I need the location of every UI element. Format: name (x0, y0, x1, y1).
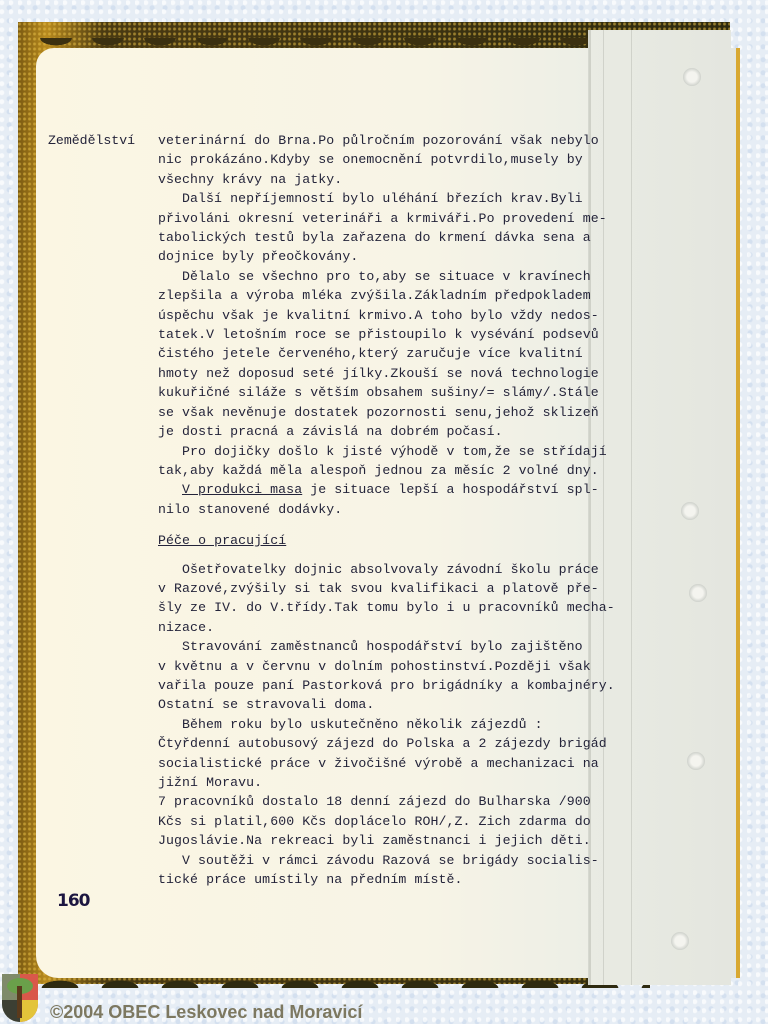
paragraph-9: V soutěži v rámci závodu Razová se brigá… (158, 851, 618, 890)
text-line: Dělalo se všechno pro to,aby se situace … (158, 267, 618, 286)
punch-hole-icon (687, 752, 705, 770)
text-line: šly ze IV. do V.třídy.Tak tomu bylo i u … (158, 598, 618, 617)
text-line: nizace. (158, 618, 618, 637)
paragraph-2: Další nepříjemností bylo uléhání březích… (158, 189, 618, 267)
text-line: nilo stanovené dodávky. (158, 500, 618, 519)
paragraph-5: V produkci masa je situace lepší a hospo… (158, 480, 618, 519)
text-line: 7 pracovníků dostalo 18 denní zájezd do … (158, 792, 618, 811)
text-line: Stravování zaměstnanců hospodářství bylo… (158, 637, 618, 656)
text-line: Jugoslávie.Na rekreaci byli zaměstnanci … (158, 831, 618, 850)
text-line: úspěchu však je kvalitní krmivo.A toho b… (158, 306, 618, 325)
fold-crease (631, 30, 632, 985)
text-line: čistého jetele červeného,který zaručuje … (158, 344, 618, 363)
text-line: veterinární do Brna.Po půlročním pozorov… (158, 131, 618, 150)
text-line: Ošetřovatelky dojnic absolvovaly závodní… (158, 560, 618, 579)
section-label: Zemědělství (48, 131, 135, 150)
text-line: zlepšila a výroba mléka zvýšila.Základní… (158, 286, 618, 305)
paragraph-7: Stravování zaměstnanců hospodářství bylo… (158, 637, 618, 715)
coat-of-arms-icon (2, 974, 38, 1022)
punch-hole-icon (671, 932, 689, 950)
text-line: všechny krávy na jatky. (158, 170, 618, 189)
watermark-footer: ©2004 OBEC Leskovec nad Moravicí (0, 972, 768, 1024)
underlined-phrase: V produkci masa (182, 482, 302, 497)
crest-tree-trunk (17, 986, 22, 1018)
paragraph-1: veterinární do Brna.Po půlročním pozorov… (158, 131, 618, 189)
text-line: se však nevěnuje dostatek pozornosti sen… (158, 403, 618, 422)
text-line: vařila pouze paní Pastorková pro brigádn… (158, 676, 618, 695)
punch-hole-icon (681, 502, 699, 520)
page-number: 160 (57, 891, 90, 911)
copyright-text: ©2004 OBEC Leskovec nad Moravicí (50, 1002, 362, 1023)
text-line: Během roku bylo uskutečněno několik záje… (158, 715, 618, 734)
section-heading: Péče o pracující (158, 531, 618, 550)
text-line: Pro dojičky došlo k jisté výhodě v tom,ž… (158, 442, 618, 461)
text-line: Další nepříjemností bylo uléhání březích… (158, 189, 618, 208)
text-line: v Razové,zvýšily si tak svou kvalifikaci… (158, 579, 618, 598)
text-line: Kčs si platil,600 Kčs doplácelo ROH/,Z. … (158, 812, 618, 831)
text-line: tické práce umístily na předním místě. (158, 870, 618, 889)
text-line: socialistické práce v živočišné výrobě a… (158, 754, 618, 773)
paragraph-6: Ošetřovatelky dojnic absolvovaly závodní… (158, 560, 618, 638)
text-line: kukuřičné siláže s větším obsahem sušiny… (158, 383, 618, 402)
paragraph-3: Dělalo se všechno pro to,aby se situace … (158, 267, 618, 442)
punch-hole-icon (683, 68, 701, 86)
text-line: dojnice byly přeočkovány. (158, 247, 618, 266)
text-line: V produkci masa je situace lepší a hospo… (158, 480, 618, 499)
text-line: tatek.V letošním roce se přistoupilo k v… (158, 325, 618, 344)
typewritten-text: veterinární do Brna.Po půlročním pozorov… (158, 131, 618, 889)
text-line: je dosti pracná a závislá na dobrém poča… (158, 422, 618, 441)
paragraph-4: Pro dojičky došlo k jisté výhodě v tom,ž… (158, 442, 618, 481)
text-line: jižní Moravu. (158, 773, 618, 792)
text-line: tabolických testů byla zařazena do krmen… (158, 228, 618, 247)
punch-hole-icon (689, 584, 707, 602)
paragraph-8: Během roku bylo uskutečněno několik záje… (158, 715, 618, 851)
text-line: nic prokázáno.Kdyby se onemocnění potvrd… (158, 150, 618, 169)
text-line: V soutěži v rámci závodu Razová se brigá… (158, 851, 618, 870)
text-line: hmoty než doposud seté jílky.Zkouší se n… (158, 364, 618, 383)
text-line: v květnu a v červnu v dolním pohostinstv… (158, 657, 618, 676)
text-line: přivoláni okresní veterináři a krmiváři.… (158, 209, 618, 228)
text-line: Čtyřdenní autobusový zájezd do Polska a … (158, 734, 618, 753)
text-line: Ostatní se stravovali doma. (158, 695, 618, 714)
text-line: tak,aby každá měla alespoň jednou za měs… (158, 461, 618, 480)
text-fragment: je situace lepší a hospodářství spl- (302, 482, 599, 497)
